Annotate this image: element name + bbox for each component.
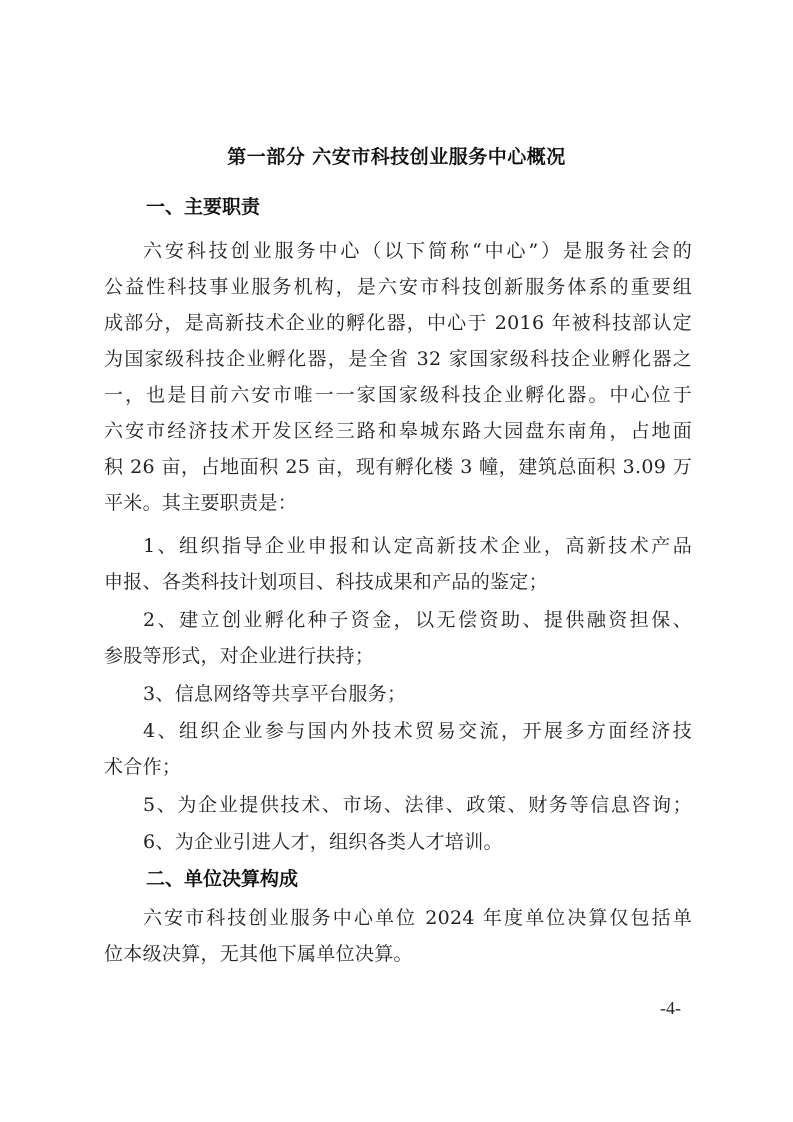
duty-item-1: 1、组织指导企业申报和认定高新技术企业，高新技术产品 bbox=[143, 531, 692, 558]
paragraph-line: 六安市科技创业服务中心单位 2024 年度单位决算仅包括单 bbox=[143, 903, 692, 930]
duty-item-3: 3、信息网络等共享平台服务； bbox=[143, 679, 692, 706]
paragraph-line: 公益性科技事业服务机构，是六安市科技创新服务体系的重要组 bbox=[104, 272, 692, 299]
duty-item-2-cont: 参股等形式，对企业进行扶持； bbox=[104, 641, 692, 668]
paragraph-line: 平米。其主要职责是： bbox=[104, 488, 692, 515]
duty-item-4-cont: 术合作； bbox=[104, 752, 692, 779]
paragraph-line: 积 26 亩，占地面积 25 亩，现有孵化楼 3 幢，建筑总面积 3.09 万 bbox=[104, 452, 692, 479]
duty-item-2: 2、建立创业孵化种子资金，以无偿资助、提供融资担保、 bbox=[143, 605, 692, 632]
paragraph-line: 成部分，是高新技术企业的孵化器，中心于 2016 年被科技部认定 bbox=[104, 308, 692, 335]
duty-item-5: 5、为企业提供技术、市场、法律、政策、财务等信息咨询； bbox=[143, 790, 692, 817]
paragraph-line: 一，也是目前六安市唯一一家国家级科技企业孵化器。中心位于 bbox=[104, 380, 692, 407]
duty-item-1-cont: 申报、各类科技计划项目、科技成果和产品的鉴定； bbox=[104, 567, 692, 594]
document-page: 第一部分 六安市科技创业服务中心概况 一、主要职责 六安科技创业服务中心（以下简… bbox=[0, 0, 793, 1122]
duty-item-6: 6、为企业引进人才，组织各类人才培训。 bbox=[143, 827, 692, 854]
paragraph-line: 六安市经济技术开发区经三路和皋城东路大园盘东南角，占地面 bbox=[104, 416, 692, 443]
section-heading-main-duties: 一、主要职责 bbox=[146, 192, 260, 219]
section-heading-budget-composition: 二、单位决算构成 bbox=[146, 864, 298, 891]
paragraph-line: 位本级决算，无其他下属单位决算。 bbox=[104, 939, 692, 966]
paragraph-line: 六安科技创业服务中心（以下简称“中心”）是服务社会的 bbox=[143, 236, 692, 263]
page-title: 第一部分 六安市科技创业服务中心概况 bbox=[0, 142, 793, 169]
paragraph-line: 为国家级科技企业孵化器，是全省 32 家国家级科技企业孵化器之 bbox=[104, 344, 692, 371]
page-number: -4- bbox=[660, 998, 681, 1019]
duty-item-4: 4、组织企业参与国内外技术贸易交流，开展多方面经济技 bbox=[143, 716, 692, 743]
